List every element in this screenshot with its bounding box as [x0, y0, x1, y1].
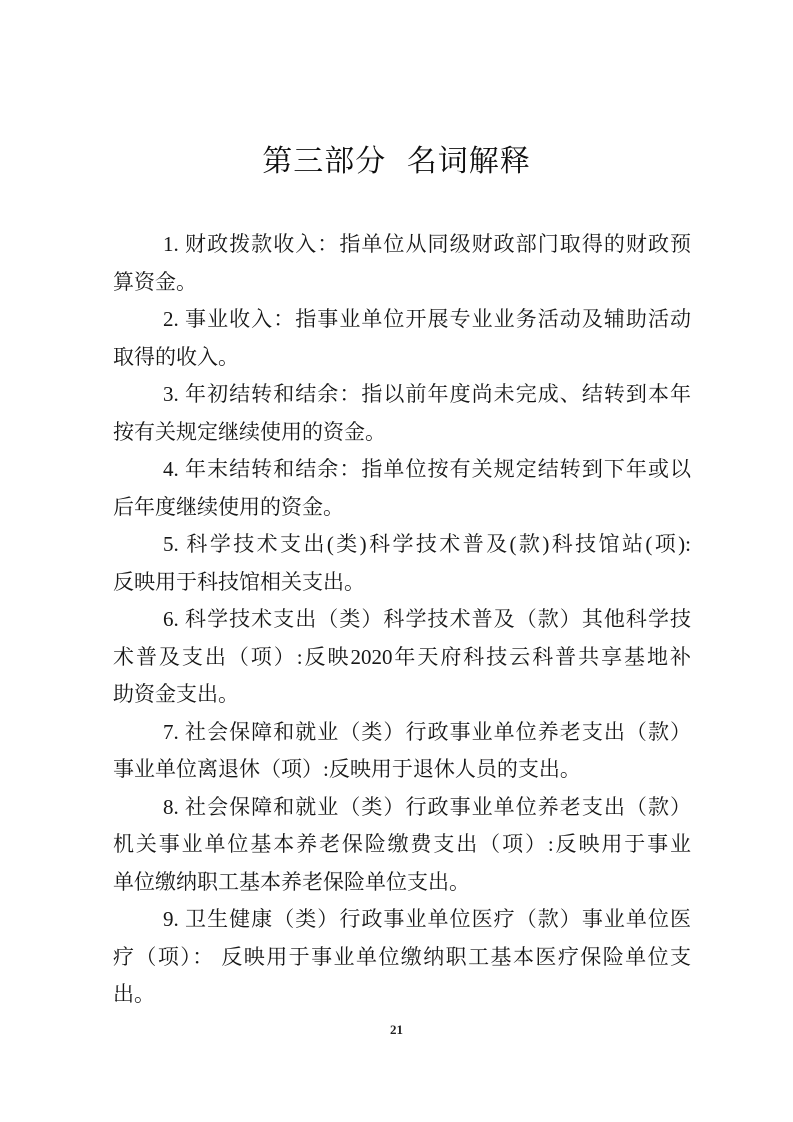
paragraph: 8. 社会保障和就业（类）行政事业单位养老支出（款）机关事业单位基本养老保险缴费…	[113, 789, 691, 902]
text-line: 2. 事业收入：指事业单位开展专业业务活动及辅助活动	[113, 301, 691, 339]
text-line: 3. 年初结转和结余：指以前年度尚未完成、结转到本年	[113, 376, 691, 414]
text-line: 取得的收入。	[113, 339, 691, 377]
paragraph: 3. 年初结转和结余：指以前年度尚未完成、结转到本年按有关规定继续使用的资金。	[113, 376, 691, 451]
paragraph: 4. 年末结转和结余：指单位按有关规定结转到下年或以后年度继续使用的资金。	[113, 451, 691, 526]
document-title: 第三部分 名词解释	[0, 136, 793, 180]
document-page: 第三部分 名词解释 1. 财政拨款收入：指单位从同级财政部门取得的财政预算资金。…	[0, 0, 793, 1122]
text-line: 出。	[113, 976, 691, 1014]
paragraphs-container: 1. 财政拨款收入：指单位从同级财政部门取得的财政预算资金。2. 事业收入：指事…	[113, 226, 691, 1014]
paragraph: 7. 社会保障和就业（类）行政事业单位养老支出（款）事业单位离退休（项）:反映用…	[113, 714, 691, 789]
text-line: 术普及支出（项）:反映2020年天府科技云科普共享基地补	[113, 639, 691, 677]
page-number: 21	[0, 1022, 793, 1038]
text-line: 8. 社会保障和就业（类）行政事业单位养老支出（款）	[113, 789, 691, 827]
text-line: 1. 财政拨款收入：指单位从同级财政部门取得的财政预	[113, 226, 691, 264]
text-line: 后年度继续使用的资金。	[113, 489, 691, 527]
paragraph: 1. 财政拨款收入：指单位从同级财政部门取得的财政预算资金。	[113, 226, 691, 301]
text-line: 助资金支出。	[113, 676, 691, 714]
text-line: 按有关规定继续使用的资金。	[113, 414, 691, 452]
text-line: 单位缴纳职工基本养老保险单位支出。	[113, 864, 691, 902]
paragraph: 9. 卫生健康（类）行政事业单位医疗（款）事业单位医疗（项）： 反映用于事业单位…	[113, 901, 691, 1014]
text-line: 机关事业单位基本养老保险缴费支出（项）:反映用于事业	[113, 826, 691, 864]
text-line: 事业单位离退休（项）:反映用于退休人员的支出。	[113, 751, 691, 789]
paragraph: 2. 事业收入：指事业单位开展专业业务活动及辅助活动取得的收入。	[113, 301, 691, 376]
text-line: 4. 年末结转和结余：指单位按有关规定结转到下年或以	[113, 451, 691, 489]
text-line: 反映用于科技馆相关支出。	[113, 564, 691, 602]
text-line: 9. 卫生健康（类）行政事业单位医疗（款）事业单位医	[113, 901, 691, 939]
text-line: 疗（项）： 反映用于事业单位缴纳职工基本医疗保险单位支	[113, 939, 691, 977]
text-line: 7. 社会保障和就业（类）行政事业单位养老支出（款）	[113, 714, 691, 752]
paragraph: 6. 科学技术支出（类）科学技术普及（款）其他科学技术普及支出（项）:反映202…	[113, 601, 691, 714]
text-line: 算资金。	[113, 264, 691, 302]
text-line: 5. 科学技术支出(类)科学技术普及(款)科技馆站(项):	[113, 526, 691, 564]
text-line: 6. 科学技术支出（类）科学技术普及（款）其他科学技	[113, 601, 691, 639]
paragraph: 5. 科学技术支出(类)科学技术普及(款)科技馆站(项):反映用于科技馆相关支出…	[113, 526, 691, 601]
